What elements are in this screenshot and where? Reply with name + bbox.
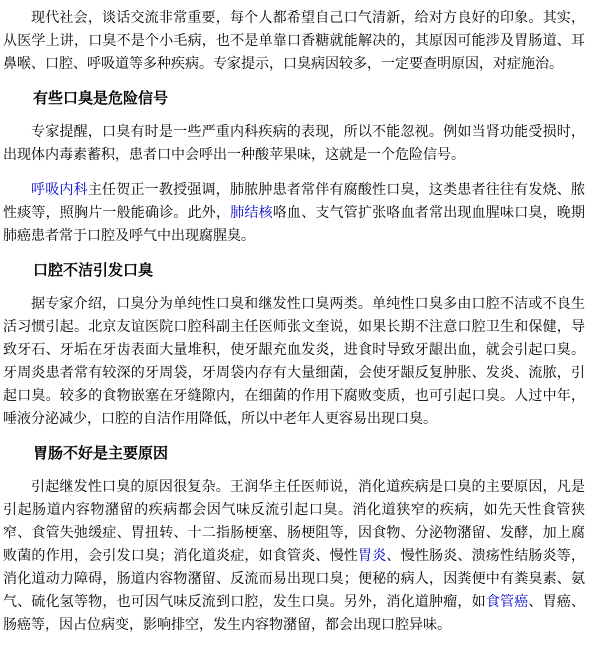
link-tuberculosis[interactable]: 肺结核 [230, 205, 273, 221]
link-gastritis[interactable]: 胃炎 [358, 548, 386, 564]
paragraph-digestive-causes: 引起继发性口臭的原因很复杂。王润华主任医师说，消化道疾病是口臭的主要原因，凡是引… [3, 476, 585, 637]
heading-gastrointestinal: 胃肠不好是主要原因 [3, 443, 585, 463]
link-esophageal-cancer[interactable]: 食管癌 [486, 594, 529, 610]
paragraph-expert-reminder: 专家提醒，口臭有时是一些严重内科疾病的表现，所以不能忽视。例如当肾功能受损时，出… [3, 121, 585, 167]
link-respiratory-medicine[interactable]: 呼吸内科 [31, 182, 88, 198]
heading-danger-signal: 有些口臭是危险信号 [3, 88, 585, 108]
paragraph-oral-causes: 据专家介绍，口臭分为单纯性口臭和继发性口臭两类。单纯性口臭多由口腔不洁或不良生活… [3, 293, 585, 431]
paragraph-intro: 现代社会，谈话交流非常重要，每个人都希望自己口气清新，给对方良好的印象。其实，从… [3, 7, 585, 76]
heading-oral-hygiene: 口腔不洁引发口臭 [3, 260, 585, 280]
article-body: 现代社会，谈话交流非常重要，每个人都希望自己口气清新，给对方良好的印象。其实，从… [0, 0, 589, 637]
paragraph-respiratory-causes: 呼吸内科主任贺正一教授强调，肺脓肿患者常伴有腐酸性口臭，这类患者往往有发烧、脓性… [3, 179, 585, 248]
